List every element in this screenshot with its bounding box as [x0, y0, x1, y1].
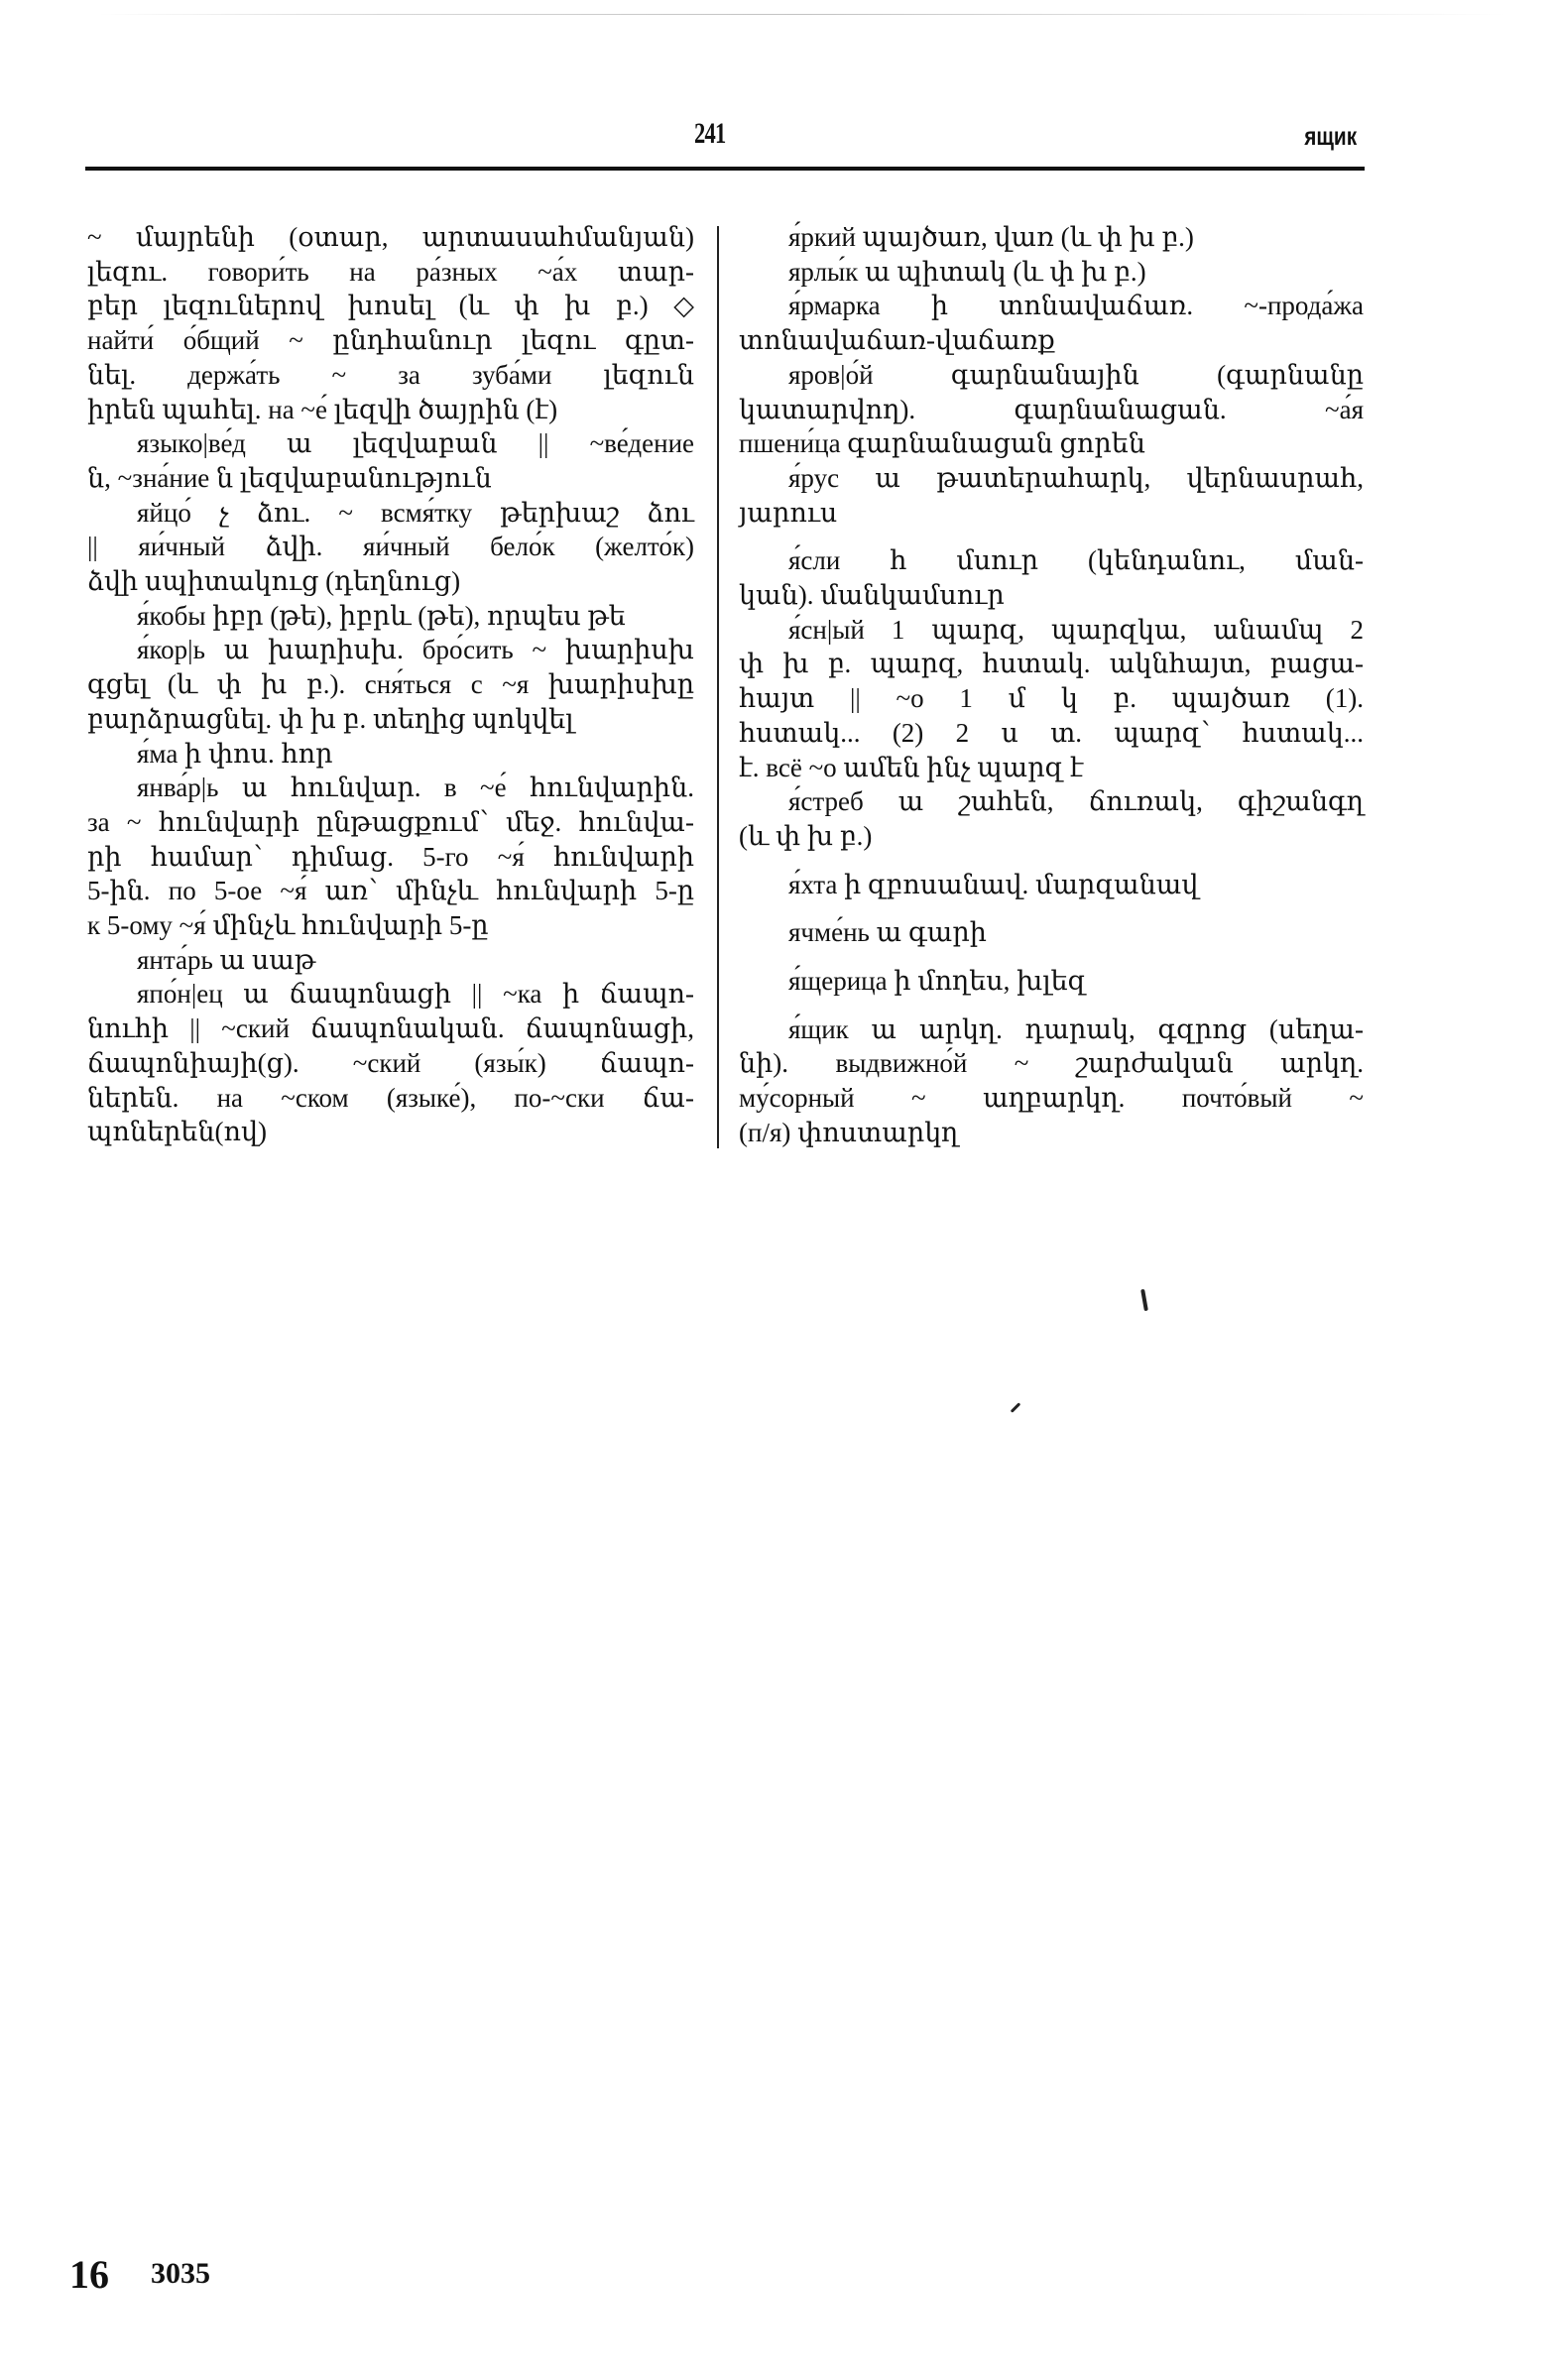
dictionary-entry-headline: ячме́нь ա գարի	[739, 915, 1364, 950]
dictionary-entry-headline: яров|о́й գարնանային (գարնանը	[739, 358, 1364, 393]
dictionary-entry-continuation: նի). выдвижно́й ~ շարժական արկղ.	[739, 1046, 1364, 1081]
dictionary-entry-continuation: ճապոնիայի(ց). ~ский (язы́к) ճապո-	[87, 1046, 694, 1081]
dictionary-entry-headline: яйцо́ չ ձու. ~ всмя́тку թերխաշ ձու	[87, 496, 694, 531]
scan-edge-noise	[99, 14, 1507, 15]
dictionary-entry-headline: янта́рь ա սաթ	[87, 943, 694, 978]
dictionary-entry-continuation: || яи́чный ձվի. яи́чный бело́к (желто́к)	[87, 530, 694, 564]
right-column: я́ркий պայծառ, վառ (և փ խ բ.)ярлы́к ա պի…	[739, 220, 1364, 1150]
dictionary-entry-continuation: յարուս	[739, 496, 1364, 531]
dictionary-entry-headline: я́рмарка ի տոնավաճառ. ~-прода́жа	[739, 289, 1364, 323]
dictionary-entry-continuation: կատարվող). գարնանացան. ~а́я	[739, 393, 1364, 427]
page-number: 241	[694, 117, 726, 151]
dictionary-entry-headline: я́сн|ый 1 պարզ, պարզկա, անամպ 2	[739, 613, 1364, 648]
dictionary-entry-continuation: փ խ բ. պարզ, հստակ. ակնհայտ, բացա-	[739, 647, 1364, 681]
dictionary-entry-continuation: րի համար՝ դիմաց. 5-го ~я́ հունվարի	[87, 840, 694, 875]
dictionary-entry-continuation: за ~ հունվարի ընթացքում՝ մեջ. հունվա-	[87, 805, 694, 840]
dictionary-entry-continuation: է. всё ~о ամեն ինչ պարզ է	[739, 751, 1364, 785]
dictionary-entry-continuation: իրեն պահել. на ~е́ լեզվի ծայրին (է)	[87, 393, 694, 427]
dictionary-entry-continuation: му́сорный ~ աղբարկղ. почто́вый ~	[739, 1081, 1364, 1116]
dictionary-entry-headline: я́стреб ա շահեն, ճուռակ, գիշանգղ	[739, 784, 1364, 819]
dictionary-entry-continuation: հայտ || ~о 1 մ կ բ. պայծառ (1).	[739, 681, 1364, 716]
scan-speck	[1011, 1402, 1021, 1413]
dictionary-entry-headline: янва́р|ь ա հունվար. в ~е́ հունվարին.	[87, 771, 694, 805]
running-head: ящик	[1304, 121, 1357, 152]
print-code: 3035	[151, 2257, 210, 2291]
dictionary-entry-headline: я́ркий պայծառ, վառ (և փ խ բ.)	[739, 220, 1364, 255]
dictionary-entry-continuation: բարձրացնել. փ խ բ. տեղից պոկվել	[87, 702, 694, 737]
dictionary-entry-headline: я́щик ա արկղ. դարակ, գզրոց (սեղա-	[739, 1012, 1364, 1047]
dictionary-entry-continuation: к 5-ому ~я́ մինչև հունվարի 5-ը	[87, 908, 694, 943]
dictionary-entry-continuation: ներեն. на ~ском (языке́), по-~ски ճա-	[87, 1081, 694, 1116]
dictionary-entry-continuation: կան). մանկամսուր	[739, 578, 1364, 613]
dictionary-entry-continuation: (և փ խ բ.)	[739, 819, 1364, 854]
dictionary-entry-headline: я́щерица ի մողես, խլեզ	[739, 964, 1364, 999]
dictionary-entry-headline: я́рус ա թատերահարկ, վերնասրահ,	[739, 461, 1364, 496]
dictionary-entry-headline: языко|ве́д ա լեզվաբան || ~ве́дение	[87, 426, 694, 461]
dictionary-entry-headline: я́кор|ь ա խարիսխ. бро́сить ~ խարիսխ	[87, 633, 694, 667]
dictionary-entry-headline: я́кобы իբր (թե), իբրև (թե), որպես թե	[87, 599, 694, 634]
dictionary-entry-continuation: նուհի || ~ский ճապոնական. ճապոնացի,	[87, 1011, 694, 1046]
dictionary-entry-continuation: ~ մայրենի (օտար, արտասահմանյան)	[87, 220, 694, 255]
dictionary-entry-headline: я́хта ի զբոսանավ. մարզանավ	[739, 868, 1364, 902]
dictionary-entry-continuation: հստակ... (2) 2 ս տ. պարզ՝ հստակ...	[739, 716, 1364, 751]
dictionary-entry-continuation: գցել (և փ խ բ.). сня́ться с ~я խարիսխը	[87, 667, 694, 702]
dictionary-entry-continuation: ն, ~зна́ние ն լեզվաբանություն	[87, 461, 694, 496]
signature-mark: 16	[69, 2251, 109, 2298]
dictionary-entry-continuation: пшени́ца գարնանացան ցորեն	[739, 426, 1364, 461]
scan-speck	[1140, 1289, 1148, 1311]
left-column: ~ մայրենի (օտար, արտասահմանյան)լեզու. го…	[87, 220, 694, 1149]
dictionary-entry-headline: я́ма ի փոս. հոր	[87, 737, 694, 772]
dictionary-entry-continuation: (п/я) փոստարկղ	[739, 1116, 1364, 1150]
dictionary-entry-continuation: բեր լեզուներով խոսել (և փ խ բ.) ◇	[87, 289, 694, 323]
dictionary-entry-continuation: найти́ о́бщий ~ ընդհանուր լեզու գըտ-	[87, 323, 694, 358]
dictionary-entry-continuation: լեզու. говори́ть на ра́зных ~а́х տար-	[87, 255, 694, 290]
column-divider	[717, 226, 719, 1148]
dictionary-entry-continuation: տոնավաճառ-վաճառք	[739, 323, 1364, 358]
dictionary-entry-headline: ярлы́к ա պիտակ (և փ խ բ.)	[739, 255, 1364, 290]
dictionary-entry-headline: япо́н|ец ա ճապոնացի || ~ка ի ճապո-	[87, 977, 694, 1011]
dictionary-entry-continuation: պոներեն(ով)	[87, 1115, 694, 1149]
dictionary-entry-continuation: ձվի սպիտակուց (դեղնուց)	[87, 564, 694, 599]
dictionary-entry-continuation: նել. держа́ть ~ за зуба́ми լեզուն	[87, 358, 694, 393]
dictionary-entry-headline: я́сли հ մսուր (կենդանու, ման-	[739, 543, 1364, 578]
dictionary-entry-continuation: 5-ին. по 5-ое ~я́ առ՝ մինչև հունվարի 5-ը	[87, 874, 694, 908]
header-rule	[85, 167, 1365, 171]
